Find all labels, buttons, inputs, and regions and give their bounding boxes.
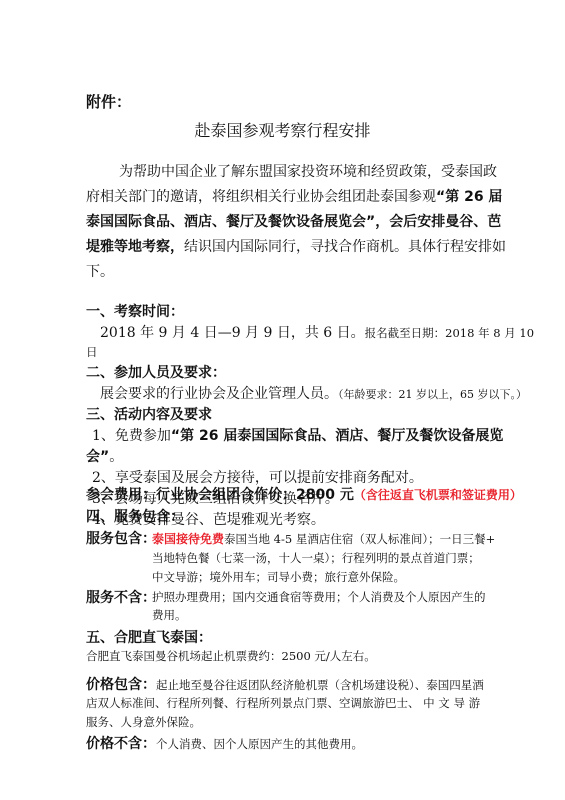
participants-text: 展会要求的行业协会及企业管理人员。 [100, 386, 338, 402]
section-1-heading: 一、考察时间： [86, 301, 184, 321]
attachment-label: 附件： [86, 91, 131, 112]
price-excluded-line: 价格不含：个人消费、因个人原因产生的其他费用。 [86, 733, 363, 753]
section-5-heading: 五、合肥直飞泰国： [86, 627, 212, 647]
section-2-body: 展会要求的行业协会及企业管理人员。（年龄要求：21 岁以上，65 岁以下。） [100, 383, 527, 403]
deadline-continued: 日 [86, 344, 98, 360]
activity-item-1-cont: 会”。 [86, 446, 123, 466]
intro-line-2a: 府相关部门的邀请，将组织相关行业协会组团赴泰国参观 [86, 189, 436, 205]
flight-info: 合肥直飞泰国曼谷机场起止机票费约：2500 元/人左右。 [86, 648, 376, 664]
intro-line-2b: “第 26 届 [436, 189, 502, 205]
item-end: 。 [109, 449, 123, 465]
price-excluded-label: 价格不含： [86, 736, 156, 752]
price-included-line-1: 价格包含：起止地至曼谷往返团队经济舱机票（含机场建设税）、泰国四星酒 [86, 674, 484, 694]
section-4-heading: 四、服务包含： [86, 506, 184, 526]
price-included-line-2: 店双人标准间、行程所列餐、行程所列景点门票、空调旅游巴士、 中 文 导 游 [86, 695, 480, 711]
fee-note: （含往返直飞机票和签证费用） [354, 488, 522, 502]
service-excluded-line-2: 费用。 [152, 607, 187, 623]
service-excluded-label: 服务不含： [86, 587, 156, 607]
document-title: 赴泰国参观考察行程安排 [0, 118, 565, 141]
document-page: 附件： 赴泰国参观考察行程安排 为帮助中国企业了解东盟国家投资环境和经贸政策，受… [0, 0, 565, 800]
section-3-heading: 三、活动内容及要求 [86, 404, 212, 424]
price-excluded-text: 个人消费、因个人原因产生的其他费用。 [156, 737, 363, 751]
deadline-text: 报名截至日期：2018 年 8 月 10 [365, 326, 534, 340]
age-requirement: （年龄要求：21 岁以上，65 岁以下。） [338, 388, 527, 401]
item-prefix: 免费参加 [115, 428, 171, 444]
fee-line: 参会费用：行业协会组团合作价：2800 元（含往返直飞机票和签证费用） [86, 484, 522, 504]
item-expo-name-cont: 会” [86, 449, 109, 465]
reception-free: 泰国接待免费 [152, 532, 224, 546]
item-expo-name: “第 26 届泰国国际食品、酒店、餐厅及餐饮设备展览 [171, 428, 503, 444]
intro-line-4: 堤雅等地考察，结识国内国际同行，寻找合作商机。具体行程安排如 [86, 236, 506, 256]
intro-line-5: 下。 [86, 261, 114, 281]
service-included-line-2: 当地特色餐（七菜一汤，十人一桌）；行程列明的景点首道门票； [152, 550, 480, 566]
intro-line-4b: 结识国内国际同行，寻找合作商机。具体行程安排如 [184, 239, 506, 255]
price-included-text: 起止地至曼谷往返团队经济舱机票（含机场建设税）、泰国四星酒 [156, 678, 484, 692]
included-text: 泰国当地 4-5 星酒店住宿（双人标准间）；一日三餐+ [224, 532, 495, 546]
activity-item-1: 1、免费参加“第 26 届泰国国际食品、酒店、餐厅及餐饮设备展览 [92, 425, 503, 445]
item-number: 1、 [92, 428, 115, 444]
intro-line-3: 泰国国际食品、酒店、餐厅及餐饮设备展览会”，会后安排曼谷、芭 [86, 211, 501, 231]
intro-line-4a: 堤雅等地考察， [86, 239, 184, 255]
price-included-label: 价格包含： [86, 677, 156, 693]
section-1-date: 2018 年 9 月 4 日—9 月 9 日，共 6 日。报名截至日期：2018… [100, 322, 534, 342]
service-included-line-1: 泰国接待免费泰国当地 4-5 星酒店住宿（双人标准间）；一日三餐+ [152, 530, 495, 548]
fee-label: 参会费用：行业协会组团合作价：2800 元 [86, 487, 354, 503]
service-included-label: 服务包含： [86, 528, 156, 548]
intro-line-2: 府相关部门的邀请，将组织相关行业协会组团赴泰国参观“第 26 届 [86, 186, 502, 206]
date-main: 2018 年 9 月 4 日—9 月 9 日，共 6 日。 [100, 325, 365, 341]
price-included-line-3: 服务、人身意外保险。 [86, 714, 201, 730]
intro-line-1: 为帮助中国企业了解东盟国家投资环境和经贸政策，受泰国政 [119, 161, 497, 181]
section-2-heading: 二、参加人员及要求： [86, 362, 226, 382]
service-included-line-3: 中文导游；境外用车；司导小费；旅行意外保险。 [152, 569, 405, 585]
service-excluded-line-1: 护照办理费用；国内交通食宿等费用；个人消费及个人原因产生的 [152, 589, 486, 605]
